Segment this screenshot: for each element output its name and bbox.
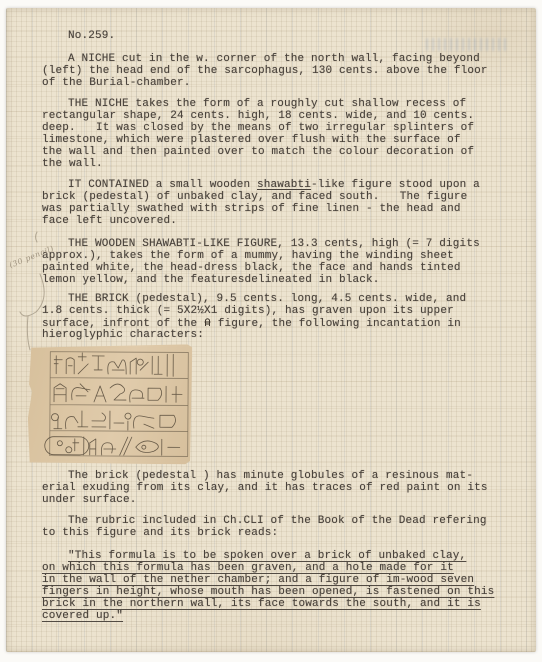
text-line: painted white, the head-dress black, the… [42,262,461,274]
text-line: brick in the northern wall, its face tow… [42,598,481,610]
text-line: IT CONTAINED a small wooden shawabti-lik… [68,179,480,191]
text-line: covered up." [42,610,123,622]
text-segment: IT CONTAINED a small wooden [68,179,257,191]
text-line: (left) the head end of the sarcophagus, … [42,65,488,77]
text-line: approx.), takes the form of a mummy, hav… [42,250,454,262]
text-line: erial exuding from its clay, and it has … [42,482,488,494]
text-line: The brick (pedestal ) has minute globule… [68,470,473,482]
text-line: to this figure and its brick reads: [42,527,278,539]
text-line: of the Burial-chamber. [42,77,191,89]
hieroglyph-slip [28,344,193,465]
text-line: on which this formula has been graven, a… [42,562,454,574]
text-line: 1.8 cents. thick (= 5X2½X1 digits), has … [42,305,454,317]
text-line: THE NICHE takes the form of a roughly cu… [68,98,466,110]
document-scan: { "doc": { "number": "No.259.", "p1": { … [0,0,542,662]
text-line: limestone, which were plastered over flu… [42,134,461,146]
text-line: face left uncovered. [42,215,177,227]
text-line: deep. It was closed by the means of two … [42,122,474,134]
text-line: "This formula is to be spoken over a bri… [68,550,466,562]
text-line: fingers in height, whose mouth has been … [42,586,494,598]
text-line: in the wall of the nether chamber; and a… [42,574,474,586]
hieroglyph-drawing [28,344,193,465]
text-line: THE WOODEN SHAWABTI-LIKE FIGURE, 13.3 ce… [68,238,480,250]
text-line: A NICHE cut in the w. corner of the nort… [68,53,480,65]
text-line: the wall. [42,158,103,170]
pencil-doodle [6,228,66,358]
text-line: lemon yellow, and the featuresdelineated… [42,274,380,286]
text-line: under surface. [42,494,137,506]
text-segment: -like figure stood upon a [311,179,480,191]
text-line: THE BRICK (pedestal), 9.5 cents. long, 4… [68,293,466,305]
glyph-row-2 [54,384,182,403]
glyph-row-4 [45,437,180,456]
faint-ink-stamp [426,38,510,51]
graph-paper-page: No.259. A NICHE cut in the w. corner of … [6,8,536,652]
text-line: hieroglyphic characters: [42,329,204,341]
hieroglyph-mark-icon [204,317,211,327]
text-line: rectangular shape, 24 cents. high, 18 ce… [42,110,474,122]
text-line: the wall and then painted over to match … [42,146,474,158]
page-number: No.259. [68,30,115,42]
text-line: was partially swathed with strips of fin… [42,203,461,215]
glyph-row-1 [54,353,173,377]
text-line: The rubric included in Ch.CLI of the Boo… [68,515,487,527]
underlined-word: shawabti [257,179,311,191]
text-segment: figure, the following incantation in [211,318,461,330]
text-line: brick (pedestal) of unbaked clay, and fa… [42,191,467,203]
glyph-row-3 [51,411,175,431]
